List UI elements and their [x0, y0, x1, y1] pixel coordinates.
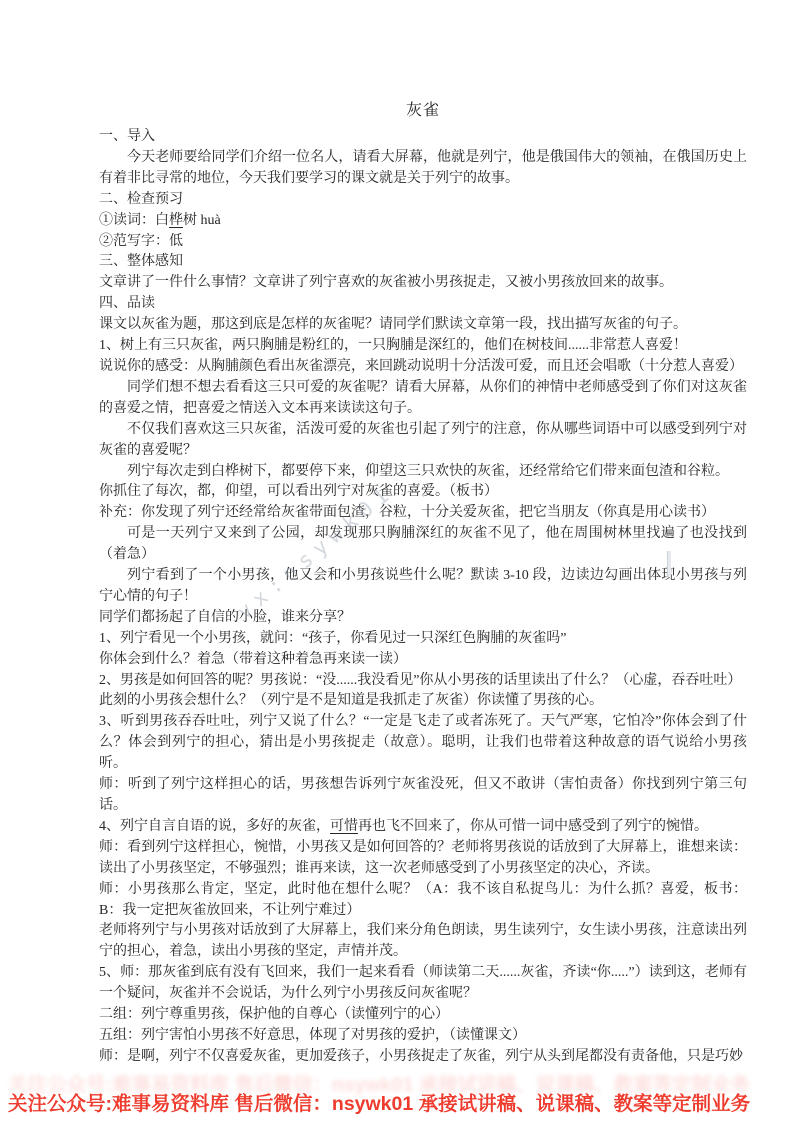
paragraph: 补充：你发现了列宁还经常给灰雀带面包渣，谷粒，十分关爱灰雀，把它当朋友（你真是用… [99, 503, 747, 524]
text-run: 列宁每次走到白桦树下，都要停下来，仰望这三只欢快的灰雀，还经常给它们带来面包渣和… [127, 464, 729, 479]
text-run: 课文以灰雀为题，那这到底是怎样的灰雀呢？请同学们默读文章第一段，找出描写灰雀的句… [99, 317, 687, 332]
text-run: 树 huà [183, 213, 221, 228]
section-heading: 一、导入 [99, 127, 747, 148]
text-run: 2、男孩是如何回答的呢？男孩说：“没......我没看见”你从小男孩的话里读出了… [99, 673, 741, 688]
text-run: 一、导入 [99, 129, 155, 144]
text-run: 三、整体感知 [99, 254, 183, 269]
text-run: 1、列宁看见一个小男孩，就问：“孩子，你看见过一只深红色胸脯的灰雀吗” [99, 631, 566, 646]
text-run: 师：小男孩那么肯定，坚定，此时他在想什么呢？（A：我不该自私捉鸟儿：为什么抓？喜… [99, 882, 747, 918]
text-run: 师：是啊，列宁不仅喜爱灰雀，更加爱孩子，小男孩捉走了灰雀，列宁从头到尾都没有责备… [99, 1049, 743, 1064]
paragraph: 同学们想不想去看看这三只可爱的灰雀呢？请看大屏幕，从你们的神情中老师感受到了你们… [99, 378, 747, 420]
text-run: ②范写字：低 [99, 234, 183, 249]
paragraph: 课文以灰雀为题，那这到底是怎样的灰雀呢？请同学们默读文章第一段，找出描写灰雀的句… [99, 315, 747, 336]
paragraph: 4、列宁自言自语的说，多好的灰雀，可惜再也飞不回来了，你从可惜一词中感受到了列宁… [99, 817, 747, 838]
section-heading: 三、整体感知 [99, 252, 747, 273]
paragraph: 老师将列宁与小男孩对话放到了大屏幕上，我们来分角色朗读，男生读列宁，女生读小男孩… [99, 921, 747, 963]
paragraph: 5、师：那灰雀到底有没有飞回来，我们一起来看看（师读第二天......灰雀，齐读… [99, 963, 747, 1005]
text-run: 5、师：那灰雀到底有没有飞回来，我们一起来看看（师读第二天......灰雀，齐读… [99, 965, 747, 1001]
text-run: 3、听到男孩吞吞吐吐，列宁又说了什么？“一定是飞走了或者冻死了。天气严寒，它怕冷… [99, 714, 747, 771]
text-run: 你体会到什么？着急（带着这种着急再来读一读） [99, 652, 407, 667]
paragraph: 师：小男孩那么肯定，坚定，此时他在想什么呢？（A：我不该自私捉鸟儿：为什么抓？喜… [99, 880, 747, 922]
paragraph: 五组：列宁害怕小男孩不好意思，体现了对男孩的爱护，（读懂课文） [99, 1026, 747, 1047]
paragraph: 二组：列宁尊重男孩，保护他的自尊心（读懂列宁的心） [99, 1005, 747, 1026]
document-page: 灰雀 一、导入今天老师要给同学们介绍一位名人，请看大屏幕，他就是列宁，他是俄国伟… [0, 0, 793, 1122]
text-run: 二、检查预习 [99, 192, 183, 207]
text-run: 老师将列宁与小男孩对话放到了大屏幕上，我们来分角色朗读，男生读列宁，女生读小男孩… [99, 923, 747, 959]
underlined-text: 桦 [169, 213, 183, 228]
promo-footer: 关注公众号:难事易资料库 售后微信：nsywk01 承接试讲稿、说课稿、教案等定… [8, 1093, 793, 1115]
page-title: 灰雀 [99, 100, 747, 121]
text-run: 二组：列宁尊重男孩，保护他的自尊心（读懂列宁的心） [99, 1007, 449, 1022]
paragraph: 2、男孩是如何回答的呢？男孩说：“没......我没看见”你从小男孩的话里读出了… [99, 671, 747, 692]
paragraph: 说说你的感受：从胸脯颜色看出灰雀漂亮，来回跳动说明十分活泼可爱，而且还会唱歌（十… [99, 357, 747, 378]
text-run: 四、品读 [99, 296, 155, 311]
paragraph: 师：是啊，列宁不仅喜爱灰雀，更加爱孩子，小男孩捉走了灰雀，列宁从头到尾都没有责备… [99, 1047, 747, 1068]
paragraph: ①读词：白桦树 huà [99, 211, 747, 232]
text-run: 4、列宁自言自语的说，多好的灰雀， [99, 819, 330, 834]
section-heading: 四、品读 [99, 294, 747, 315]
paragraph: 列宁看到了一个小男孩，他又会和小男孩说些什么呢？默读 3-10 段，边读边勾画出… [99, 566, 747, 608]
text-run: 可是一天列宁又来到了公园，却发现那只胸脯深红的灰雀不见了，他在周围树林里找遍了也… [99, 526, 747, 562]
text-run: 你抓住了每次，都，仰望，可以看出列宁对灰雀的喜爱。（板书） [99, 484, 498, 499]
cursor-artifact [667, 551, 671, 577]
paragraph: 师：看到列宁这样担心，惋惜，小男孩又是如何回答的？老师将男孩说的话放到了大屏幕上… [99, 838, 747, 880]
text-run: ①读词：白 [99, 213, 169, 228]
paragraph: 你体会到什么？着急（带着这种着急再来读一读） [99, 650, 747, 671]
paragraph: 3、听到男孩吞吞吐吐，列宁又说了什么？“一定是飞走了或者冻死了。天气严寒，它怕冷… [99, 712, 747, 775]
text-run: 1、树上有三只灰雀，两只胸脯是粉红的，一只胸脯是深红的，他们在树枝间......… [99, 338, 687, 353]
document-body: 一、导入今天老师要给同学们介绍一位名人，请看大屏幕，他就是列宁，他是俄国伟大的领… [99, 127, 747, 1068]
underlined-text: 可惜 [330, 819, 358, 834]
paragraph: 同学们都扬起了自信的小脸，谁来分享？ [99, 608, 747, 629]
text-run: 此刻的小男孩会想什么？（列宁是不是知道是我抓走了灰雀）你读懂了男孩的心。 [99, 693, 603, 708]
text-run: 师：看到列宁这样担心，惋惜，小男孩又是如何回答的？老师将男孩说的话放到了大屏幕上… [99, 840, 747, 876]
text-run: 补充：你发现了列宁还经常给灰雀带面包渣，谷粒，十分关爱灰雀，把它当朋友（你真是用… [99, 505, 715, 520]
paragraph: ②范写字：低 [99, 232, 747, 253]
paragraph: 文章讲了一件什么事情？文章讲了列宁喜欢的灰雀被小男孩捉走，又被小男孩放回来的故事… [99, 273, 747, 294]
text-run: 五组：列宁害怕小男孩不好意思，体现了对男孩的爱护，（读懂课文） [99, 1028, 526, 1043]
paragraph: 师：听到了列宁这样担心的话，男孩想告诉列宁灰雀没死，但又不敢讲（害怕责备）你找到… [99, 775, 747, 817]
text-run: 说说你的感受：从胸脯颜色看出灰雀漂亮，来回跳动说明十分活泼可爱，而且还会唱歌（十… [99, 359, 743, 374]
paragraph: 不仅我们喜欢这三只灰雀，活泼可爱的灰雀也引起了列宁的注意，你从哪些词语中可以感受… [99, 420, 747, 462]
paragraph: 此刻的小男孩会想什么？（列宁是不是知道是我抓走了灰雀）你读懂了男孩的心。 [99, 691, 747, 712]
text-run: 同学们都扬起了自信的小脸，谁来分享？ [99, 610, 351, 625]
document-content: 灰雀 一、导入今天老师要给同学们介绍一位名人，请看大屏幕，他就是列宁，他是俄国伟… [99, 100, 747, 1068]
text-run: 今天老师要给同学们介绍一位名人，请看大屏幕，他就是列宁，他是俄国伟大的领袖，在俄… [99, 150, 747, 186]
section-heading: 二、检查预习 [99, 190, 747, 211]
paragraph: 1、树上有三只灰雀，两只胸脯是粉红的，一只胸脯是深红的，他们在树枝间......… [99, 336, 747, 357]
paragraph: 列宁每次走到白桦树下，都要停下来，仰望这三只欢快的灰雀，还经常给它们带来面包渣和… [99, 462, 747, 483]
text-run: 师：听到了列宁这样担心的话，男孩想告诉列宁灰雀没死，但又不敢讲（害怕责备）你找到… [99, 777, 747, 813]
paragraph: 1、列宁看见一个小男孩，就问：“孩子，你看见过一只深红色胸脯的灰雀吗” [99, 629, 747, 650]
text-run: 列宁看到了一个小男孩，他又会和小男孩说些什么呢？默读 3-10 段，边读边勾画出… [99, 568, 747, 604]
text-run: 文章讲了一件什么事情？文章讲了列宁喜欢的灰雀被小男孩捉走，又被小男孩放回来的故事… [99, 275, 673, 290]
text-run: 不仅我们喜欢这三只灰雀，活泼可爱的灰雀也引起了列宁的注意，你从哪些词语中可以感受… [99, 422, 747, 458]
text-run: 再也飞不回来了，你从可惜一词中感受到了列宁的惋惜。 [358, 819, 708, 834]
paragraph: 可是一天列宁又来到了公园，却发现那只胸脯深红的灰雀不见了，他在周围树林里找遍了也… [99, 524, 747, 566]
paragraph: 今天老师要给同学们介绍一位名人，请看大屏幕，他就是列宁，他是俄国伟大的领袖，在俄… [99, 148, 747, 190]
text-run: 同学们想不想去看看这三只可爱的灰雀呢？请看大屏幕，从你们的神情中老师感受到了你们… [99, 380, 747, 416]
paragraph: 你抓住了每次，都，仰望，可以看出列宁对灰雀的喜爱。（板书） [99, 482, 747, 503]
